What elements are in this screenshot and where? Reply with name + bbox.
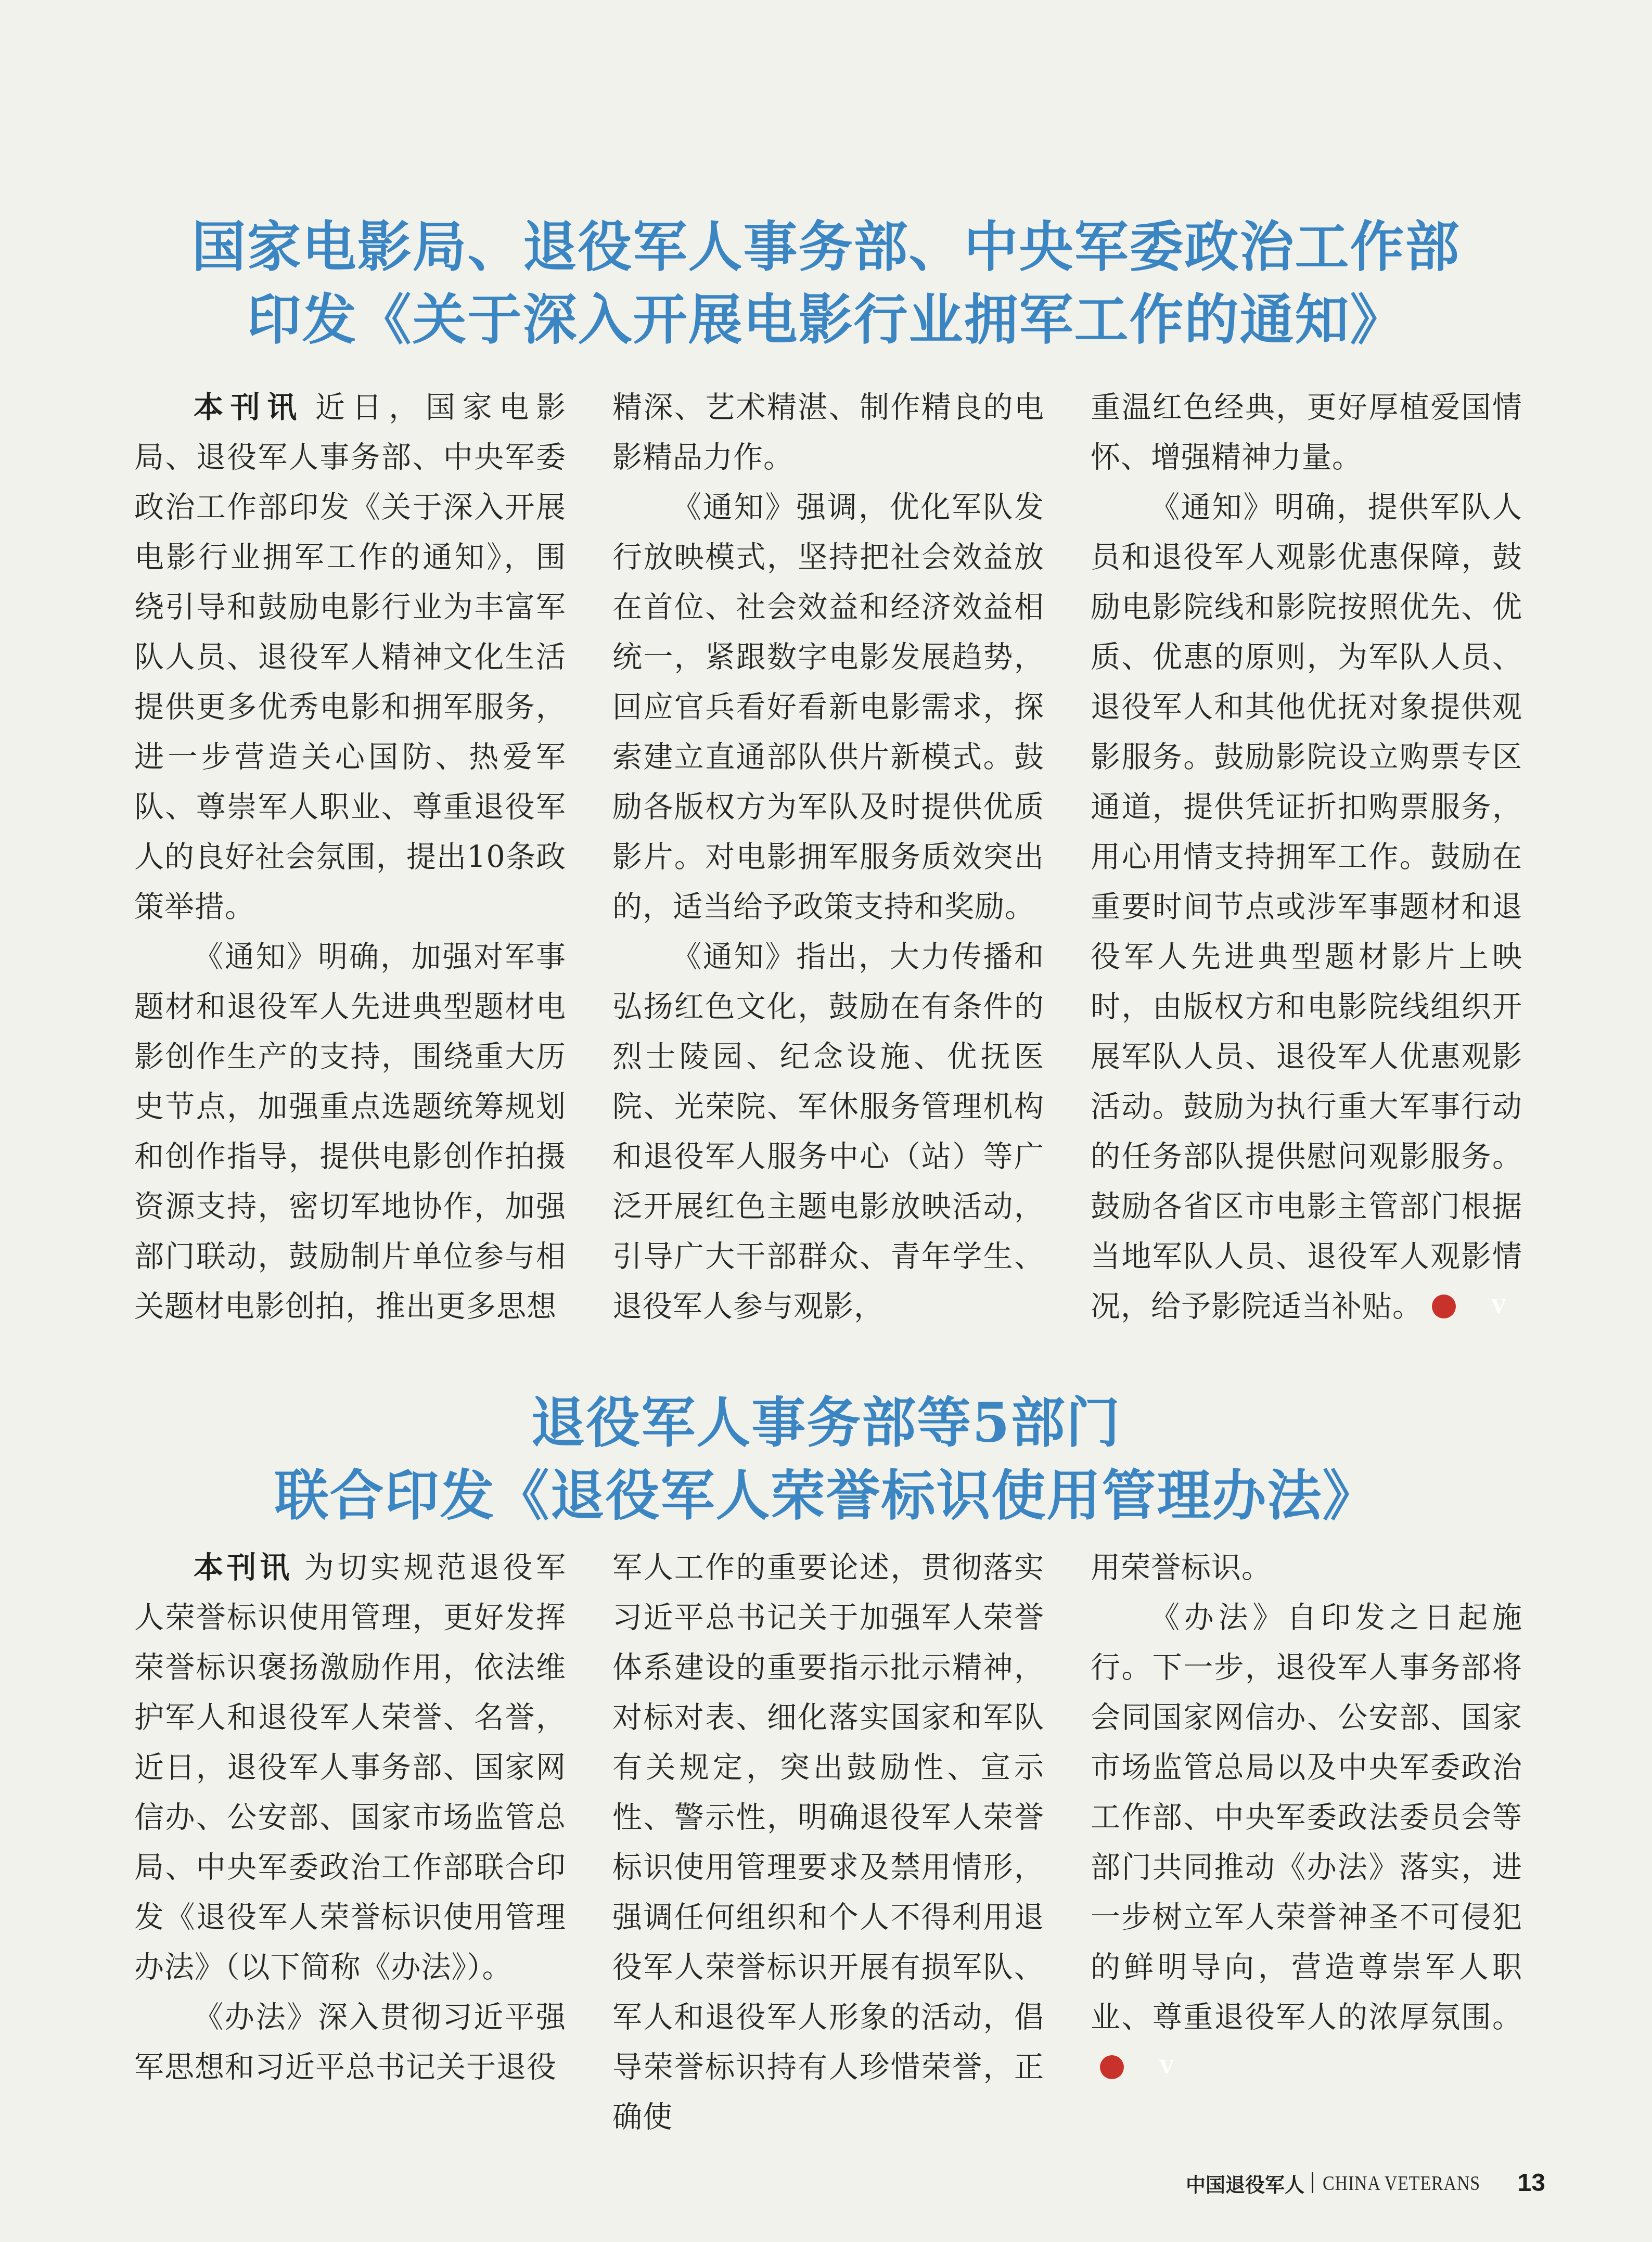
article-2-column-2: 军人工作的重要论述，贯彻落实习近平总书记关于加强军人荣誉体系建设的重要指示批示精… <box>612 1543 1044 2142</box>
paragraph-text: 《通知》明确，加强对军事题材和退役军人先进典型题材电影创作生产的支持，围绕重大历… <box>134 940 566 1324</box>
article-2-paragraph: 《办法》深入贯彻习近平强军思想和习近平总书记关于退役 <box>134 1992 566 2092</box>
article-2-column-1: 本刊讯为切实规范退役军人荣誉标识使用管理，更好发挥荣誉标识褒扬激励作用，依法维护… <box>134 1543 566 2142</box>
paragraph-text: 《通知》强调，优化军队发行放映模式，坚持把社会效益放在首位、社会效益和经济效益相… <box>612 490 1044 924</box>
article-1-paragraph: 《通知》明确，提供军队人员和退役军人观影优惠保障，鼓励电影院线和影院按照优先、优… <box>1091 482 1522 1331</box>
article-1-title-line-1: 国家电影局、退役军人事务部、中央军委政治工作部 <box>0 211 1652 284</box>
paragraph-text: 近日，国家电影局、退役军人事务部、中央军委政治工作部印发《关于深入开展电影行业拥… <box>134 390 566 924</box>
article-1-body: 本刊讯近日，国家电影局、退役军人事务部、中央军委政治工作部印发《关于深入开展电影… <box>134 382 1522 1331</box>
end-of-article-v-icon: V <box>1432 1295 1456 1318</box>
paragraph-text: 重温红色经典，更好厚植爱国情怀、增强精神力量。 <box>1091 390 1522 475</box>
footer-divider <box>1312 2172 1313 2193</box>
paragraph-text: 《通知》明确，提供军队人员和退役军人观影优惠保障，鼓励电影院线和影院按照优先、优… <box>1091 490 1522 1324</box>
article-1-title-line-2: 印发《关于深入开展电影行业拥军工作的通知》 <box>0 284 1652 356</box>
magazine-name-chinese: 中国退役军人 <box>1186 2169 1304 2197</box>
article-1-column-3: 重温红色经典，更好厚植爱国情怀、增强精神力量。 《通知》明确，提供军队人员和退役… <box>1091 382 1522 1331</box>
article-1-paragraph: 《通知》明确，加强对军事题材和退役军人先进典型题材电影创作生产的支持，围绕重大历… <box>134 932 566 1331</box>
article-1-paragraph-continued: 精深、艺术精湛、制作精良的电影精品力作。 <box>612 382 1044 482</box>
paragraph-text: 《通知》指出，大力传播和弘扬红色文化，鼓励在有条件的烈士陵园、纪念设施、优抚医院… <box>612 940 1044 1324</box>
article-2-paragraph-continued: 用荣誉标识。 <box>1091 1543 1522 1593</box>
paragraph-text: 《办法》深入贯彻习近平强军思想和习近平总书记关于退役 <box>134 2000 566 2084</box>
article-1-paragraph: 本刊讯近日，国家电影局、退役军人事务部、中央军委政治工作部印发《关于深入开展电影… <box>134 382 566 932</box>
dateline-label: 本刊讯 <box>194 1551 293 1585</box>
article-2-paragraph-continued: 军人工作的重要论述，贯彻落实习近平总书记关于加强军人荣誉体系建设的重要指示批示精… <box>612 1543 1044 2142</box>
article-2-paragraph: 本刊讯为切实规范退役军人荣誉标识使用管理，更好发挥荣誉标识褒扬激励作用，依法维护… <box>134 1543 566 1992</box>
article-2-body: 本刊讯为切实规范退役军人荣誉标识使用管理，更好发挥荣誉标识褒扬激励作用，依法维护… <box>134 1543 1522 2142</box>
article-2-title-line-1: 退役军人事务部等5部门 <box>0 1387 1652 1459</box>
end-of-article-v-icon: V <box>1100 2055 1124 2079</box>
paragraph-text: 用荣誉标识。 <box>1091 1551 1272 1585</box>
article-1-paragraph-continued: 重温红色经典，更好厚植爱国情怀、增强精神力量。 <box>1091 382 1522 482</box>
article-2-title-line-2: 联合印发《退役军人荣誉标识使用管理办法》 <box>0 1459 1652 1532</box>
article-1-paragraph: 《通知》强调，优化军队发行放映模式，坚持把社会效益放在首位、社会效益和经济效益相… <box>612 482 1044 932</box>
dateline-label: 本刊讯 <box>194 390 304 425</box>
article-2-column-3: 用荣誉标识。 《办法》自印发之日起施行。下一步，退役军人事务部将会同国家网信办、… <box>1091 1543 1522 2142</box>
article-1-title: 国家电影局、退役军人事务部、中央军委政治工作部 印发《关于深入开展电影行业拥军工… <box>0 211 1652 356</box>
page-number: 13 <box>1518 2169 1545 2197</box>
paragraph-text: 《办法》自印发之日起施行。下一步，退役军人事务部将会同国家网信办、公安部、国家市… <box>1091 1600 1522 2034</box>
article-1-column-2: 精深、艺术精湛、制作精良的电影精品力作。 《通知》强调，优化军队发行放映模式，坚… <box>612 382 1044 1331</box>
magazine-name-english: CHINA VETERANS <box>1323 2171 1480 2195</box>
article-2-paragraph: 《办法》自印发之日起施行。下一步，退役军人事务部将会同国家网信办、公安部、国家市… <box>1091 1593 1522 2092</box>
paragraph-text: 精深、艺术精湛、制作精良的电影精品力作。 <box>612 390 1044 475</box>
article-2-title: 退役军人事务部等5部门 联合印发《退役军人荣誉标识使用管理办法》 <box>0 1387 1652 1532</box>
article-1-paragraph: 《通知》指出，大力传播和弘扬红色文化，鼓励在有条件的烈士陵园、纪念设施、优抚医院… <box>612 932 1044 1331</box>
page-footer: 中国退役军人 CHINA VETERANS 13 <box>1186 2159 1545 2206</box>
article-1-column-1: 本刊讯近日，国家电影局、退役军人事务部、中央军委政治工作部印发《关于深入开展电影… <box>134 382 566 1331</box>
paragraph-text: 军人工作的重要论述，贯彻落实习近平总书记关于加强军人荣誉体系建设的重要指示批示精… <box>612 1551 1044 2134</box>
paragraph-text: 为切实规范退役军人荣誉标识使用管理，更好发挥荣誉标识褒扬激励作用，依法维护军人和… <box>134 1551 566 1984</box>
